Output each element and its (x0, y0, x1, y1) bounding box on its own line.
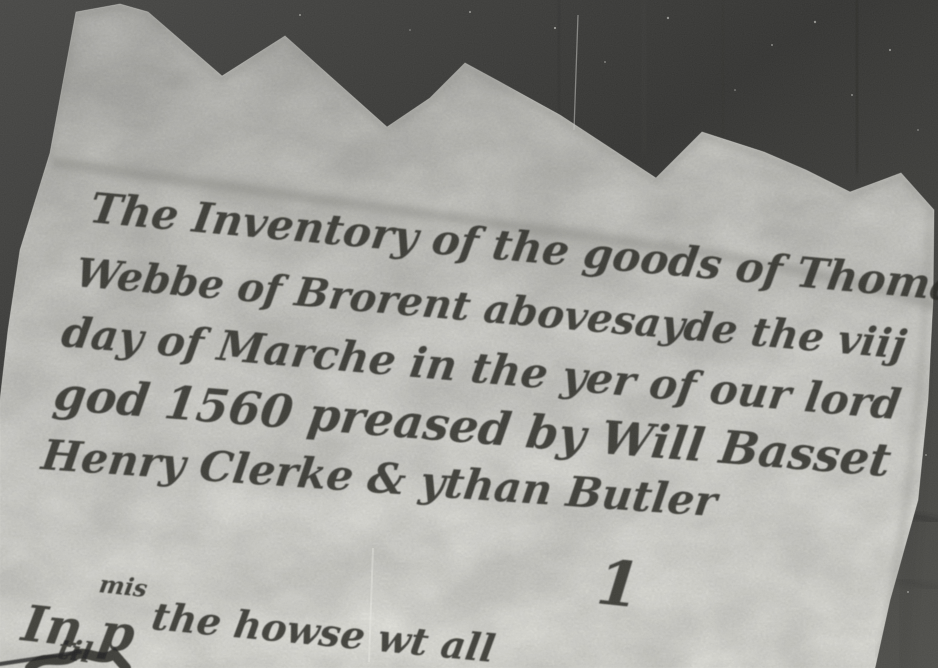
photo-canvas: The Inventory of the goods of Thomas Web… (0, 0, 938, 668)
film-grain-overlay (0, 0, 938, 668)
manuscript-photograph: The Inventory of the goods of Thomas Web… (0, 0, 938, 668)
